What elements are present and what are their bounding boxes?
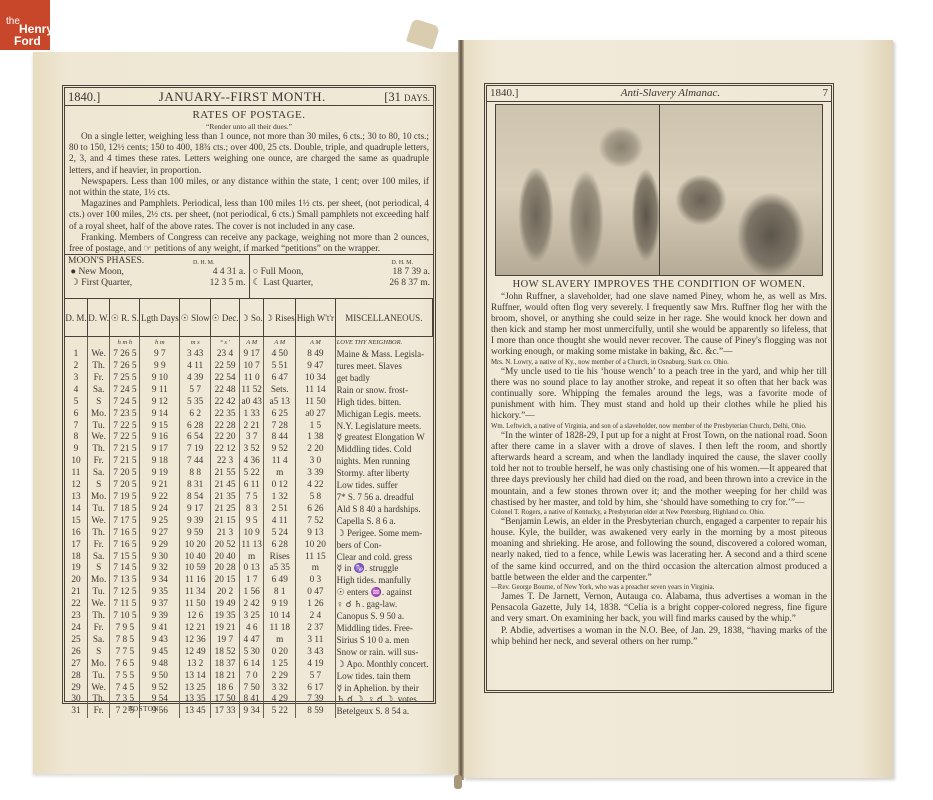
calendar-cell: 3 0 <box>296 456 336 468</box>
moon-phases-left: MOON'S PHASES. D. H. M. ● New Moon,4 4 3… <box>65 255 249 298</box>
citation: Wm. Leftwich, a native of Virginia, and … <box>491 423 827 432</box>
calendar-cell: Sirius S 10 0 a. men <box>335 635 432 647</box>
logo-ford: Ford <box>14 35 41 47</box>
days-count: [31 DAYS. <box>384 90 430 105</box>
calendar-cell: 22 12 <box>211 444 240 456</box>
calendar-cell: 5 <box>65 397 87 409</box>
calendar-cell: get badly <box>335 373 432 385</box>
calendar-cell: m <box>264 635 296 647</box>
calendar-cell: 19 7 <box>211 635 240 647</box>
calendar-cell: 1 38 <box>296 432 336 444</box>
postage-letters: On a single letter, weighing less than 1… <box>69 131 429 176</box>
calendar-cell: 21 25 <box>211 504 240 516</box>
unit-label: A M <box>296 337 336 349</box>
unit-label: A M <box>240 337 264 349</box>
calendar-cell: 7 16 5 <box>110 528 140 540</box>
calendar-cell: m <box>296 563 336 575</box>
column-header: ☉ Dec. <box>211 299 240 337</box>
calendar-cell: 7 28 <box>264 421 296 433</box>
calendar-cell: 26 <box>65 647 87 659</box>
calendar-cell: 7 23 5 <box>110 409 140 421</box>
calendar-cell: 6 28 <box>180 421 211 433</box>
calendar-cell: 19 49 <box>211 599 240 611</box>
calendar-cell: 6 54 <box>180 432 211 444</box>
article-frame: 1840.] Anti-Slavery Almanac. 7 HOW SLAVE… <box>484 83 834 693</box>
calendar-cell: Middling tides. Cold <box>335 444 432 456</box>
calendar-cell: We. <box>87 599 109 611</box>
calendar-cell: 9 59 <box>180 528 211 540</box>
calendar-cell: 1 25 <box>264 659 296 671</box>
column-header: D. W. <box>87 299 109 337</box>
calendar-cell: 13 45 <box>180 706 211 718</box>
year-label: 1840.] <box>490 87 518 100</box>
postage-title: RATES OF POSTAGE. <box>69 109 429 122</box>
calendar-row: 1We.7 26 59 73 4323 49 174 508 49Maine &… <box>65 349 433 361</box>
dhm-label: D. H. M. <box>391 258 413 269</box>
calendar-cell: 11 13 <box>240 540 264 552</box>
calendar-cell: 9 39 <box>140 611 180 623</box>
calendar-row: 3Fr.7 25 59 104 3922 5411 06 4710 34get … <box>65 373 433 385</box>
article-body: “John Ruffner, a slaveholder, had one sl… <box>487 291 831 649</box>
calendar-cell: 8 44 <box>264 432 296 444</box>
calendar-cell: 6 2 <box>180 409 211 421</box>
calendar-cell: 1 33 <box>240 409 264 421</box>
calendar-row: 28Tu.7 5 59 5013 1418 217 02 295 7Low ti… <box>65 671 433 683</box>
calendar-cell: S <box>87 647 109 659</box>
calendar-cell: 22 3 <box>211 456 240 468</box>
calendar-cell: 4 <box>65 385 87 397</box>
calendar-cell: 2 29 <box>264 671 296 683</box>
calendar-cell: 24 <box>65 623 87 635</box>
moon-phase-row: ● New Moon,4 4 31 a. <box>68 267 246 278</box>
calendar-cell: 8 3 <box>240 504 264 516</box>
calendar-cell: N.Y. Legislature meets. <box>335 421 432 433</box>
calendar-cell: S <box>87 397 109 409</box>
calendar-cell: 7 19 <box>180 444 211 456</box>
calendar-cell: 7 6 5 <box>110 659 140 671</box>
calendar-row: 29We.7 4 59 5213 2518 67 503 326 17☿ in … <box>65 683 433 695</box>
calendar-cell: S <box>87 480 109 492</box>
calendar-cell: 7 21 5 <box>110 456 140 468</box>
postage-section: RATES OF POSTAGE. “Render unto all their… <box>65 106 433 254</box>
calendar-cell: Stormy. after liberty <box>335 468 432 480</box>
last-quarter-icon: ☾ <box>253 278 262 288</box>
calendar-cell: 8 49 <box>296 349 336 361</box>
days-label: DAYS. <box>404 93 430 103</box>
moon-phase-row: ☽ First Quarter,12 3 5 m. <box>68 278 246 289</box>
calendar-cell: 27 <box>65 659 87 671</box>
calendar-cell: a0 43 <box>240 397 264 409</box>
calendar-cell: 9 16 <box>140 432 180 444</box>
calendar-cell: Low tides. tain them <box>335 671 432 683</box>
calendar-row: 6Mo.7 23 59 146 222 351 336 25a0 27Michi… <box>65 409 433 421</box>
calendar-cell: 1 26 <box>296 599 336 611</box>
calendar-cell: 11 50 <box>180 599 211 611</box>
citation: Mrs. N. Lowry, a native of Ky., now memb… <box>491 359 827 368</box>
calendar-cell: 2 51 <box>264 504 296 516</box>
calendar-cell: 11 52 <box>240 385 264 397</box>
calendar-cell: Mo. <box>87 409 109 421</box>
calendar-cell: 10 9 <box>240 528 264 540</box>
calendar-cell: 7 20 5 <box>110 468 140 480</box>
calendar-cell: 7 25 5 <box>110 373 140 385</box>
month-title: JANUARY--FIRST MONTH. <box>159 89 326 105</box>
calendar-row: 27Mo.7 6 59 4813 218 376 141 254 19☽ Apo… <box>65 659 433 671</box>
calendar-cell: 7 44 <box>180 456 211 468</box>
calendar-cell: 16 <box>65 528 87 540</box>
calendar-cell: 9 21 <box>140 480 180 492</box>
calendar-cell: 9 32 <box>140 563 180 575</box>
calendar-row: 23Th.7 10 59 3912 619 353 2510 142 4Cano… <box>65 611 433 623</box>
left-page-header: 1840.] JANUARY--FIRST MONTH. [31 DAYS. <box>65 88 433 106</box>
calendar-cell: 17 50 <box>211 694 240 706</box>
calendar-cell: 9 25 <box>140 516 180 528</box>
calendar-cell: 6 25 <box>264 409 296 421</box>
calendar-cell: 20 <box>65 575 87 587</box>
calendar-cell: Michigan Legis. meets. <box>335 409 432 421</box>
new-moon-icon: ● <box>70 267 76 277</box>
right-page-header: 1840.] Anti-Slavery Almanac. 7 <box>487 86 831 102</box>
calendar-cell: ☽ Apo. Monthly concert. <box>335 659 432 671</box>
calendar-cell: 8 54 <box>180 492 211 504</box>
unit-label: h m h <box>110 337 140 349</box>
calendar-cell: 4 6 <box>240 623 264 635</box>
calendar-cell: 21 3 <box>211 528 240 540</box>
calendar-cell: 10 20 <box>180 540 211 552</box>
calendar-cell: 21 45 <box>211 480 240 492</box>
calendar-row: 24Fr.7 9 59 4112 2119 214 611 182 37Midd… <box>65 623 433 635</box>
moon-phases-title: MOON'S PHASES. <box>68 256 246 267</box>
calendar-cell: ☿ in Aphelion. by their <box>335 683 432 695</box>
calendar-cell: 11 0 <box>240 373 264 385</box>
calendar-cell: Maine & Mass. Legisla- <box>335 349 432 361</box>
calendar-row: 8We.7 22 59 166 5422 203 78 441 38☿ grea… <box>65 432 433 444</box>
calendar-cell: 25 <box>65 635 87 647</box>
calendar-cell: 5 35 <box>180 397 211 409</box>
calendar-cell: bers of Con- <box>335 540 432 552</box>
column-header: ☉ Slow <box>180 299 211 337</box>
unit-label: m s <box>180 337 211 349</box>
calendar-cell: 6 28 <box>264 540 296 552</box>
calendar-cell: 9 22 <box>140 492 180 504</box>
calendar-cell: 20 40 <box>211 552 240 564</box>
calendar-cell: 9 17 <box>140 444 180 456</box>
citation: —Rev. George Bourne, of New York, who wa… <box>491 584 827 593</box>
calendar-cell: 6 14 <box>240 659 264 671</box>
calendar-cell: 3 32 <box>264 683 296 695</box>
calendar-cell: 0 20 <box>264 647 296 659</box>
calendar-cell: We. <box>87 516 109 528</box>
calendar-cell: 8 59 <box>296 706 336 718</box>
calendar-cell: Snow or rain. will sus- <box>335 647 432 659</box>
calendar-cell: 7 14 5 <box>110 563 140 575</box>
calendar-row: 10Fr.7 21 59 187 4422 34 3611 43 0nights… <box>65 456 433 468</box>
calendar-cell: 4 29 <box>264 694 296 706</box>
article-paragraph: “In the winter of 1828-29, I put up for … <box>491 431 827 509</box>
calendar-cell: 7 52 <box>296 516 336 528</box>
calendar-cell: 9 29 <box>140 540 180 552</box>
calendar-cell: 9 34 <box>140 575 180 587</box>
calendar-cell: 7 17 5 <box>110 516 140 528</box>
calendar-cell: 7 26 5 <box>110 349 140 361</box>
article-paragraph: “John Ruffner, a slaveholder, had one sl… <box>491 292 827 359</box>
paragraph-text: “In the winter of 1828-29, I put up for … <box>491 431 827 508</box>
calendar-cell: High tides. bitten. <box>335 397 432 409</box>
unit-label: ° s ′ <box>211 337 240 349</box>
calendar-row: 25Sa.7 8 59 4312 3619 74 47m3 11Sirius S… <box>65 635 433 647</box>
column-header: D. M. <box>65 299 87 337</box>
calendar-cell: 7 15 5 <box>110 552 140 564</box>
calendar-cell: 4 11 <box>180 361 211 373</box>
calendar-cell: 9 7 <box>140 349 180 361</box>
calendar-cell: 7 24 5 <box>110 385 140 397</box>
calendar-cell: Ald S 8 40 a hardships. <box>335 504 432 516</box>
calendar-cell: 18 <box>65 552 87 564</box>
calendar-cell: a5 35 <box>264 563 296 575</box>
calendar-cell: 11 4 <box>264 456 296 468</box>
calendar-row: 16Th.7 16 59 279 5921 310 95 249 13☽ Per… <box>65 528 433 540</box>
calendar-cell: m <box>264 468 296 480</box>
calendar-cell: Sa. <box>87 635 109 647</box>
calendar-cell: 9 50 <box>140 671 180 683</box>
calendar-cell: 7 39 <box>296 694 336 706</box>
calendar-cell: 7 5 <box>240 492 264 504</box>
calendar-cell: 8 41 <box>240 694 264 706</box>
calendar-cell: 9 52 <box>140 683 180 695</box>
postage-newspapers: Newspapers. Less than 100 miles, or any … <box>69 176 429 198</box>
calendar-cell: 23 4 <box>211 349 240 361</box>
calendar-cell: 11 16 <box>180 575 211 587</box>
calendar-cell: 3 43 <box>296 647 336 659</box>
calendar-cell: 9 11 <box>140 385 180 397</box>
calendar-cell: 3 52 <box>240 444 264 456</box>
calendar-cell: Tu. <box>87 504 109 516</box>
calendar-cell: 4 19 <box>296 659 336 671</box>
calendar-cell: 10 <box>65 456 87 468</box>
calendar-cell: 5 7 <box>296 671 336 683</box>
calendar-cell: 9 37 <box>140 599 180 611</box>
calendar-cell: Capella S. 8 6 a. <box>335 516 432 528</box>
calendar-cell: tures meet. Slaves <box>335 361 432 373</box>
calendar-cell: 9 14 <box>140 409 180 421</box>
binding-thread <box>454 775 462 789</box>
calendar-cell: ☉ enters ♒. against <box>335 587 432 599</box>
calendar-cell: 7 9 5 <box>110 623 140 635</box>
calendar-cell: 7 10 5 <box>110 611 140 623</box>
calendar-cell: Canopus S. 9 50 a. <box>335 611 432 623</box>
calendar-cell: Tu. <box>87 671 109 683</box>
calendar-cell: 9 18 <box>140 456 180 468</box>
calendar-cell: 7 8 5 <box>110 635 140 647</box>
calendar-cell: 9 47 <box>296 361 336 373</box>
calendar-cell: 31 <box>65 706 87 718</box>
calendar-cell: 12 <box>65 480 87 492</box>
calendar-cell: 11 50 <box>296 397 336 409</box>
calendar-cell: S <box>87 563 109 575</box>
calendar-cell: Sets. <box>264 385 296 397</box>
calendar-cell: 7 4 5 <box>110 683 140 695</box>
calendar-cell: 9 41 <box>140 623 180 635</box>
calendar-cell: 0 12 <box>264 480 296 492</box>
calendar-cell: 9 19 <box>140 468 180 480</box>
calendar-cell: 6 11 <box>240 480 264 492</box>
column-header: ☽ So. <box>240 299 264 337</box>
calendar-cell: Fr. <box>87 623 109 635</box>
calendar-cell: Clear and cold. gress <box>335 552 432 564</box>
calendar-cell: 17 <box>65 540 87 552</box>
calendar-cell: 1 56 <box>240 587 264 599</box>
calendar-row: 2Th.7 26 59 94 1122 5910 75 519 47tures … <box>65 361 433 373</box>
calendar-cell: Fr. <box>87 373 109 385</box>
unit-label <box>87 337 109 349</box>
calendar-cell: 9 19 <box>264 599 296 611</box>
article-paragraph: “My uncle used to tie his ‘house wench’ … <box>491 367 827 422</box>
calendar-frame: 1840.] JANUARY--FIRST MONTH. [31 DAYS. R… <box>62 85 436 704</box>
calendar-cell: 9 13 <box>296 528 336 540</box>
calendar-cell: 2 <box>65 361 87 373</box>
paragraph-text: “Benjamin Lewis, an elder in the Presbyt… <box>491 517 827 582</box>
calendar-row: 11Sa.7 20 59 198 821 555 22m3 39Stormy. … <box>65 468 433 480</box>
calendar-cell: Rain or snow. frost- <box>335 385 432 397</box>
calendar-cell: 5 30 <box>240 647 264 659</box>
calendar-cell: We. <box>87 349 109 361</box>
calendar-cell: 9 48 <box>140 659 180 671</box>
paragraph-text: James T. De Jarnett, Vernon, Autauga co.… <box>491 592 827 624</box>
calendar-cell: Sa. <box>87 385 109 397</box>
calendar-cell: 6 17 <box>296 683 336 695</box>
calendar-cell: 9 12 <box>140 397 180 409</box>
calendar-cell: 21 <box>65 587 87 599</box>
calendar-cell: 5 7 <box>180 385 211 397</box>
paragraph-text: P. Abdie, advertises a woman in the N.O.… <box>491 626 827 647</box>
calendar-cell: 13 35 <box>180 694 211 706</box>
unit-label: LOVE THY NEIGHBOR. <box>335 337 432 349</box>
calendar-cell: 22 <box>65 599 87 611</box>
calendar-cell: 10 7 <box>240 361 264 373</box>
calendar-row: 22We.7 11 59 3711 5019 492 429 191 26♀ ☌… <box>65 599 433 611</box>
calendar-cell: 1 7 <box>240 575 264 587</box>
calendar-row: 15We.7 17 59 259 3921 159 54 117 52Capel… <box>65 516 433 528</box>
calendar-cell: 11 15 <box>296 552 336 564</box>
calendar-cell: ♄ ☌ ☽. ♀ ☌ ☽. votes. <box>335 694 432 706</box>
calendar-cell: 7 50 <box>240 683 264 695</box>
calendar-cell: 11 34 <box>180 587 211 599</box>
calendar-cell: Tu. <box>87 587 109 599</box>
henry-ford-logo[interactable]: the Henry Ford <box>0 0 50 50</box>
calendar-cell: 8 1 <box>264 587 296 599</box>
calendar-cell: 7 13 5 <box>110 575 140 587</box>
calendar-cell: 8 8 <box>180 468 211 480</box>
calendar-cell: 20 52 <box>211 540 240 552</box>
calendar-cell: 3 7 <box>240 432 264 444</box>
calendar-cell: 12 6 <box>180 611 211 623</box>
calendar-cell: Mo. <box>87 492 109 504</box>
column-header: ☉ R. S. <box>110 299 140 337</box>
calendar-cell: 7 26 5 <box>110 361 140 373</box>
calendar-cell: ☽ Perigee. Some mem- <box>335 528 432 540</box>
calendar-row: 17Fr.7 16 59 2910 2020 5211 136 2810 20b… <box>65 540 433 552</box>
calendar-cell: 10 59 <box>180 563 211 575</box>
moon-phase-row: ☾ Last Quarter,26 8 37 m. <box>253 278 431 289</box>
calendar-cell: 9 43 <box>140 635 180 647</box>
calendar-cell: 5 8 <box>296 492 336 504</box>
calendar-cell: 9 24 <box>140 504 180 516</box>
calendar-cell: 7 11 5 <box>110 599 140 611</box>
calendar-cell: a0 27 <box>296 409 336 421</box>
calendar-cell: 12 49 <box>180 647 211 659</box>
calendar-cell: 4 39 <box>180 373 211 385</box>
calendar-cell: 4 36 <box>240 456 264 468</box>
paragraph-text: “My uncle used to tie his ‘house wench’ … <box>491 367 827 421</box>
calendar-cell: 20 2 <box>211 587 240 599</box>
calendar-cell: Th. <box>87 611 109 623</box>
calendar-cell: Betelgeux S. 8 54 a. <box>335 706 432 718</box>
calendar-cell: 19 <box>65 563 87 575</box>
calendar-row: 9Th.7 21 59 177 1922 123 529 522 20Middl… <box>65 444 433 456</box>
calendar-cell: 8 31 <box>180 480 211 492</box>
calendar-cell: Fr. <box>87 706 109 718</box>
calendar-cell: 3 39 <box>296 468 336 480</box>
calendar-cell: 23 <box>65 611 87 623</box>
first-quarter-icon: ☽ <box>70 278 79 288</box>
calendar-cell: 7 0 <box>240 671 264 683</box>
imprint-boston: BOSTON. <box>128 705 161 713</box>
calendar-cell: a5 13 <box>264 397 296 409</box>
calendar-cell: 22 48 <box>211 385 240 397</box>
calendar-cell: 2 20 <box>296 444 336 456</box>
calendar-cell: 9 15 <box>140 421 180 433</box>
calendar-cell: Sa. <box>87 468 109 480</box>
illustration-divider <box>659 105 660 275</box>
calendar-cell: 6 <box>65 409 87 421</box>
calendar-cell: 4 11 <box>264 516 296 528</box>
calendar-cell: 7 <box>65 421 87 433</box>
calendar-row: 7Tu.7 22 59 156 2822 282 217 281 5N.Y. L… <box>65 421 433 433</box>
unit-label: h m <box>140 337 180 349</box>
moon-phases-right: D. H. M. ○ Full Moon,18 7 39 a. ☾ Last Q… <box>249 255 434 298</box>
calendar-cell: 0 47 <box>296 587 336 599</box>
calendar-cell: 6 26 <box>296 504 336 516</box>
calendar-row: 19S7 14 59 3210 5920 280 13a5 35m☿ in ♑.… <box>65 563 433 575</box>
column-header: MISCELLANEOUS. <box>335 299 432 337</box>
calendar-cell: 17 33 <box>211 706 240 718</box>
article-paragraph: “Benjamin Lewis, an elder in the Presbyt… <box>491 517 827 584</box>
calendar-cell: 1 32 <box>264 492 296 504</box>
calendar-cell: 1 5 <box>296 421 336 433</box>
calendar-cell: 9 39 <box>180 516 211 528</box>
calendar-row: 31Fr.7 2 59 5613 4517 339 345 228 59Bete… <box>65 706 433 718</box>
calendar-row: 20Mo.7 13 59 3411 1620 151 76 490 3High … <box>65 575 433 587</box>
calendar-cell: We. <box>87 683 109 695</box>
calendar-cell: 14 <box>65 504 87 516</box>
calendar-cell: Rises <box>264 552 296 564</box>
postage-magazines: Magazines and Pamphlets. Periodical, les… <box>69 198 429 232</box>
calendar-cell: 3 25 <box>240 611 264 623</box>
calendar-cell: 13 <box>65 492 87 504</box>
calendar-cell: 11 18 <box>264 623 296 635</box>
calendar-cell: 7 7 5 <box>110 647 140 659</box>
logo-the: the <box>6 17 20 27</box>
calendar-cell: Th. <box>87 361 109 373</box>
column-header: ☽ Rises <box>264 299 296 337</box>
calendar-cell: 7 22 5 <box>110 432 140 444</box>
calendar-cell: 9 30 <box>140 552 180 564</box>
calendar-cell: 22 59 <box>211 361 240 373</box>
postage-franking: Franking. Members of Congress can receiv… <box>69 232 429 254</box>
calendar-cell: 18 21 <box>211 671 240 683</box>
calendar-cell: 7 20 5 <box>110 480 140 492</box>
calendar-cell: 2 4 <box>296 611 336 623</box>
